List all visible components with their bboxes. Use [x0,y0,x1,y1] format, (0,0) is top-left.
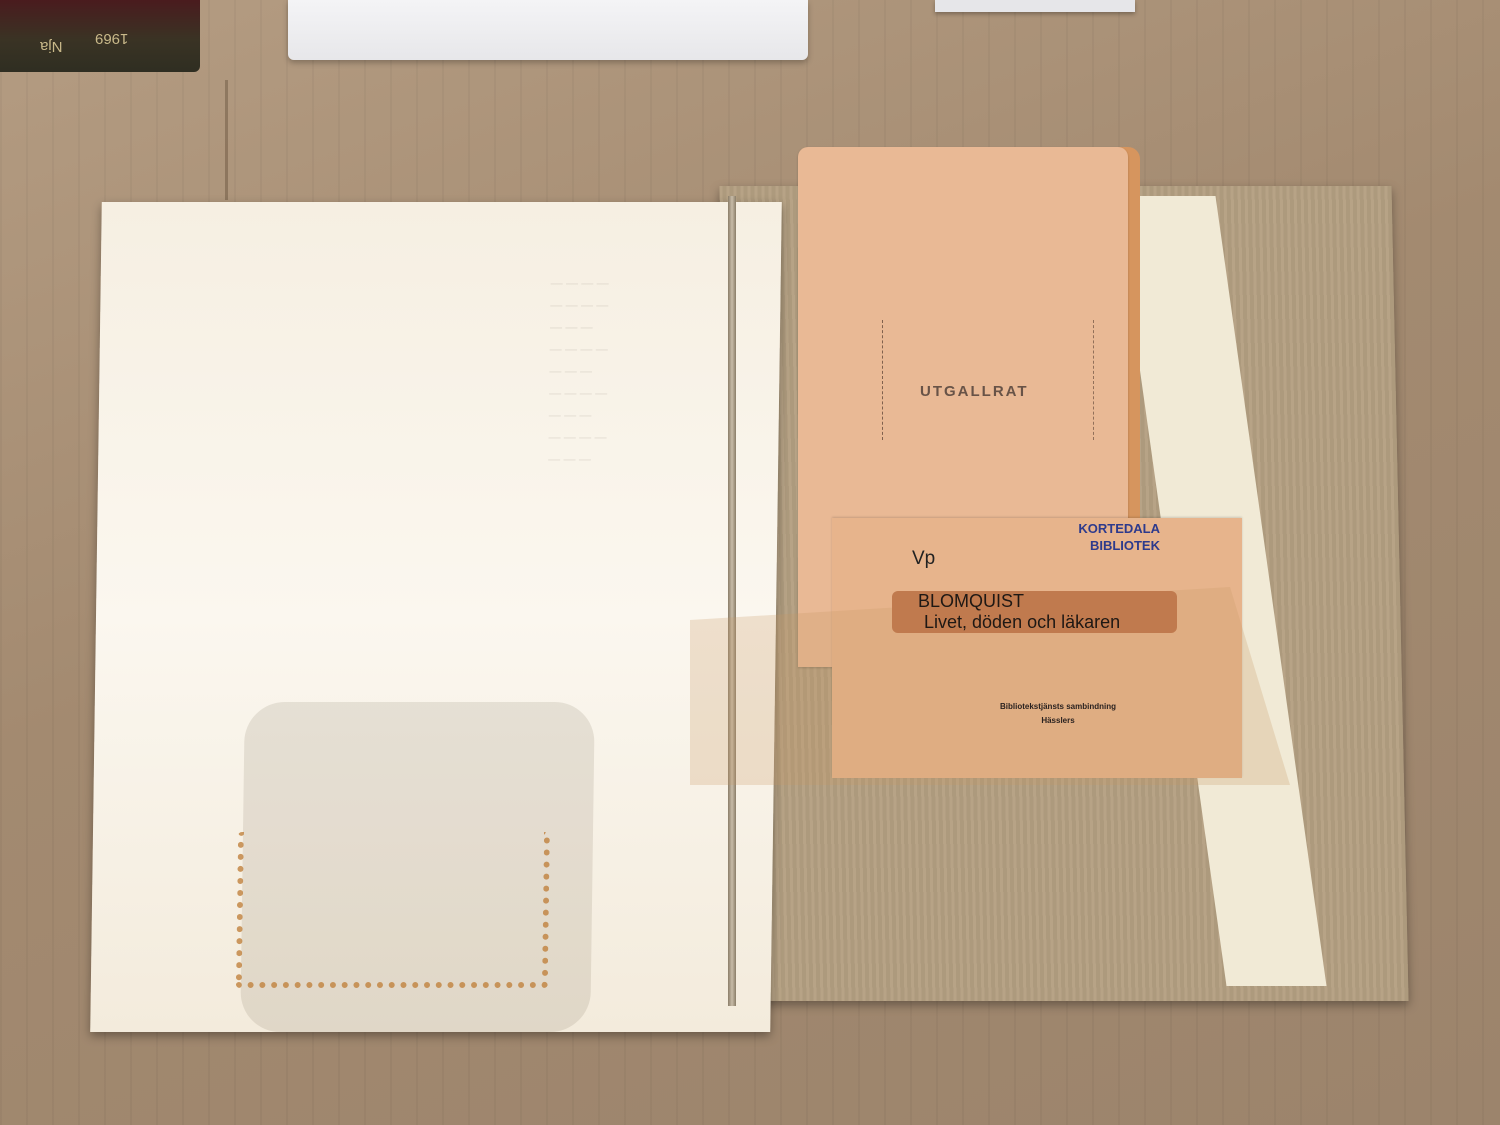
shelf-code: Vp [912,548,935,570]
library-name-line2: BIBLIOTEK [1030,537,1160,554]
cardboard-crease [225,80,228,200]
author-name: BLOMQUIST [918,591,1024,612]
stacked-book: Nja 1969 [0,0,200,72]
book-spine [728,196,736,1006]
show-through-text: — — — —— — — —— — —— — — —— — —— — — —— … [548,272,691,470]
white-box [935,0,1135,12]
white-box [288,0,808,60]
binder-imprint: Bibliotekstjänsts sambindning Hässlers [968,700,1148,728]
spine-text: Nja [40,38,63,55]
binder-line2: Hässlers [968,714,1148,728]
discard-stamp: UTGALLRAT [920,383,1029,400]
binder-line1: Bibliotekstjänsts sambindning [968,700,1148,714]
stamp-frame [882,320,1094,440]
blank-endpaper: — — — —— — — —— — —— — — —— — —— — — —— … [90,202,782,1032]
library-name: KORTEDALA BIBLIOTEK [1030,520,1160,554]
label-residue-stain [236,832,550,988]
spine-year: 1969 [95,30,128,47]
book-title: Livet, döden och läkaren [924,612,1120,633]
library-name-line1: KORTEDALA [1030,520,1160,537]
